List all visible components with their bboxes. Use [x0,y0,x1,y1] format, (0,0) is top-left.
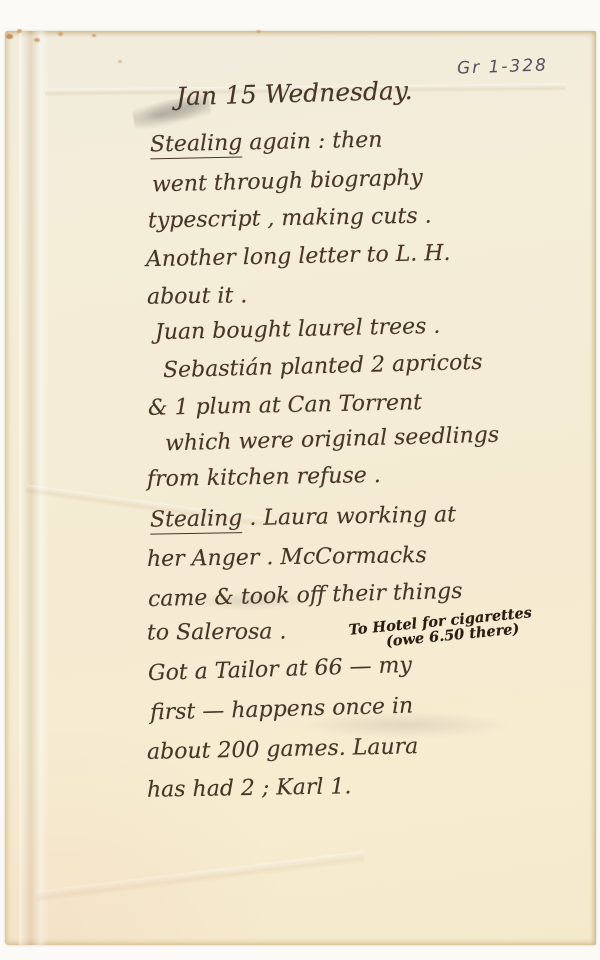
manuscript-line: from kitchen refuse . [147,464,381,492]
foxing-spot [256,30,261,33]
foxing-spot [17,29,22,33]
manuscript-line: to Salerosa .To Hotel for cigarettes(owe… [147,620,287,645]
foxing-spot [118,60,122,63]
manuscript-line: typescript , making cuts . [148,205,432,234]
archive-reference: Gr 1-328 [457,56,549,78]
foxing-spot [58,32,63,36]
date-heading: Jan 15 Wednesday. [176,77,413,111]
foxing-spot [34,38,40,42]
foxing-spot [92,34,96,37]
manuscript-line: about it . [147,284,248,310]
manuscript-line: her Anger . McCormacks [147,544,427,572]
foxing-spot [6,34,13,39]
underlined-word: Stealing [150,506,243,535]
manuscript-line: Stealing again : then [150,129,383,158]
underlined-word: Stealing [150,131,243,160]
manuscript-line: has had 2 ; Karl 1. [147,775,352,803]
diary-page-scan: Gr 1-328 Jan 15 Wednesday. Stealing agai… [0,0,600,960]
